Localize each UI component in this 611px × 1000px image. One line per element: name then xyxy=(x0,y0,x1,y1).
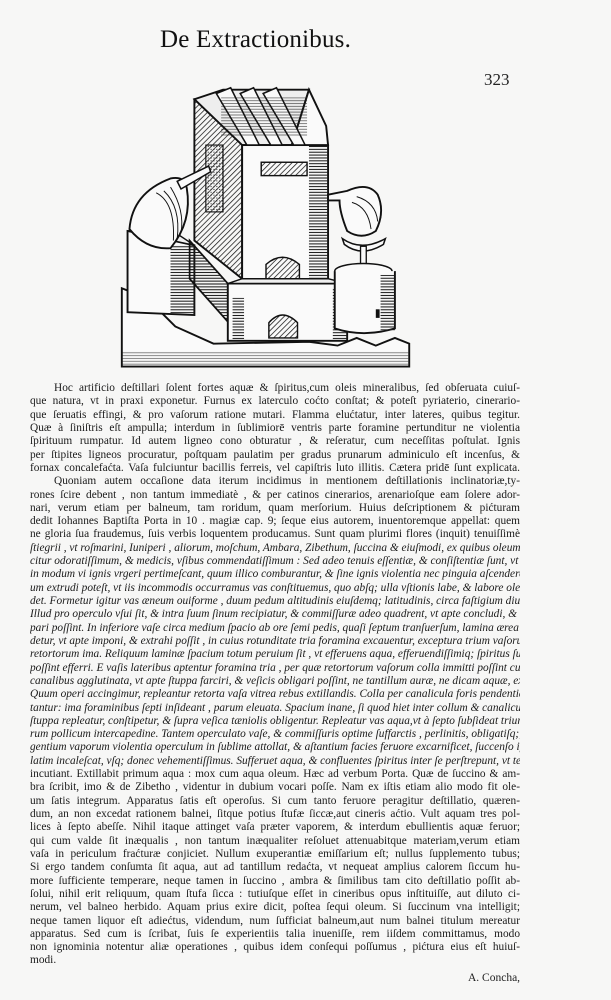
quoted-line: det. Formetur igitur vas æneum ouiforme … xyxy=(30,595,520,608)
text-line: per ſtipites ligneos procuratur, poſtqua… xyxy=(30,449,520,462)
text-line: incutiant. Extillabit primum aqua : mox … xyxy=(30,768,520,781)
text-line: Quoniam autem occaſione data iterum inci… xyxy=(30,475,520,488)
quoted-line: poſſint efferri. E vaſis lateribus apten… xyxy=(30,662,520,675)
right-retort-and-receiver xyxy=(328,187,395,333)
text-line: lices à ſepto abeſſe. Nihil itaque attin… xyxy=(30,821,520,834)
text-line: Quæ à ſiniſtris eſt ampulla; interdum in… xyxy=(30,422,520,435)
quoted-line: Quum operi accingimur, repleantur retort… xyxy=(30,688,520,701)
quoted-line: detur, vt apte imponi, & extrahi poſſit … xyxy=(30,635,520,648)
book-page: De Extractionibus. 323 xyxy=(0,0,611,1000)
text-line: Si ergo tandem conſumta ſit aqua, aut ad… xyxy=(30,861,520,874)
text-line: fornax concalefaćta. Vaſa fulciuntur bac… xyxy=(30,462,520,475)
quoted-line: in modum vi ignis vrgeri pertimeſcant, q… xyxy=(30,568,520,581)
body-text: Hoc artificio deſtillari ſolent fortes a… xyxy=(30,382,520,968)
text-line: um ſatis integrum. Apparatus ſatis eſt o… xyxy=(30,795,520,808)
ash-door xyxy=(269,315,298,338)
catchword: A. Concha, xyxy=(468,972,520,984)
quoted-line: Illud pro operculo vſui ſit, & intra ſuu… xyxy=(30,608,520,621)
quoted-line: retortorum ima. Reliquum laminæ ſpacium … xyxy=(30,648,520,661)
quoted-line: latim incaleſcat, vſq; donec vehementiſſ… xyxy=(30,755,520,768)
text-line: vaſa in periculum fraćturæ conjiciet. Nu… xyxy=(30,848,520,861)
text-line: neque tamen liquor eſt adiećtus, videndu… xyxy=(30,915,520,928)
quoted-line: tantur: ima foraminibus ſepti inſideant … xyxy=(30,702,520,715)
text-line: more ſufficiente temperare, neque tamen … xyxy=(30,875,520,888)
text-line: nerum, vel balneo herbido. Aquam prius e… xyxy=(30,901,520,914)
furnace-tower xyxy=(194,88,328,289)
text-line: rones ſcire debent , non tantum immediat… xyxy=(30,489,520,502)
text-line: nari, verum etiam per balneum, tam rorid… xyxy=(30,502,520,515)
quoted-line: rum pollicum intercapedine. Tantem operc… xyxy=(30,728,520,741)
text-line: ne gloria ſua fraudemus, ſuis verbis loq… xyxy=(30,528,520,541)
stoking-door xyxy=(266,257,299,278)
text-line: qui cum valde ſit inæqualis , non tantum… xyxy=(30,835,520,848)
text-line: Hoc artificio deſtillari ſolent fortes a… xyxy=(30,382,520,395)
text-line: dum, an non excedat rationem balnei, ſit… xyxy=(30,808,520,821)
quoted-line: citur odoratiſſimum, & medicis, vſibus c… xyxy=(30,555,520,568)
text-line: que natura, vt in praxi exponetur. Furnu… xyxy=(30,395,520,408)
distillation-furnace-illustration xyxy=(118,86,414,376)
text-line: apparatus. Sed cum is ſcribat, ſuis ſe e… xyxy=(30,928,520,941)
page-number: 323 xyxy=(484,70,510,90)
quoted-line: ſtuppa repleatur, conſtipetur, & ſupra v… xyxy=(30,715,520,728)
quoted-line: gentium vaporum violentia operculum in ſ… xyxy=(30,741,520,754)
text-line: bra ſcribit, imo & de Zibetho , videntur… xyxy=(30,781,520,794)
text-line: que ſeruatis effingi, & pro vaſorum rati… xyxy=(30,409,520,422)
quoted-line: um extrudi poteſt, vt iis incommodis occ… xyxy=(30,582,520,595)
text-line: dedit Iohannes Baptiſta Porta in 10 . ma… xyxy=(30,515,520,528)
text-line: ſpirituum rumpatur. Id autem ligneo cono… xyxy=(30,435,520,448)
text-line: ſolui, nihil erit reliquum, quam ſtufa ſ… xyxy=(30,888,520,901)
quoted-line: pari poſſint. In inferiore vaſe circa me… xyxy=(30,622,520,635)
running-head: De Extractionibus. xyxy=(160,26,351,54)
quoted-line: ſtiegrii , vt roſmarini, Iuniperi , alio… xyxy=(30,542,520,555)
text-line: modi. xyxy=(30,954,520,967)
text-line: non ignominia notentur aliæ operationes … xyxy=(30,941,520,954)
quoted-line: canalibus agglutinata, vt apte ſtuppa fa… xyxy=(30,675,520,688)
